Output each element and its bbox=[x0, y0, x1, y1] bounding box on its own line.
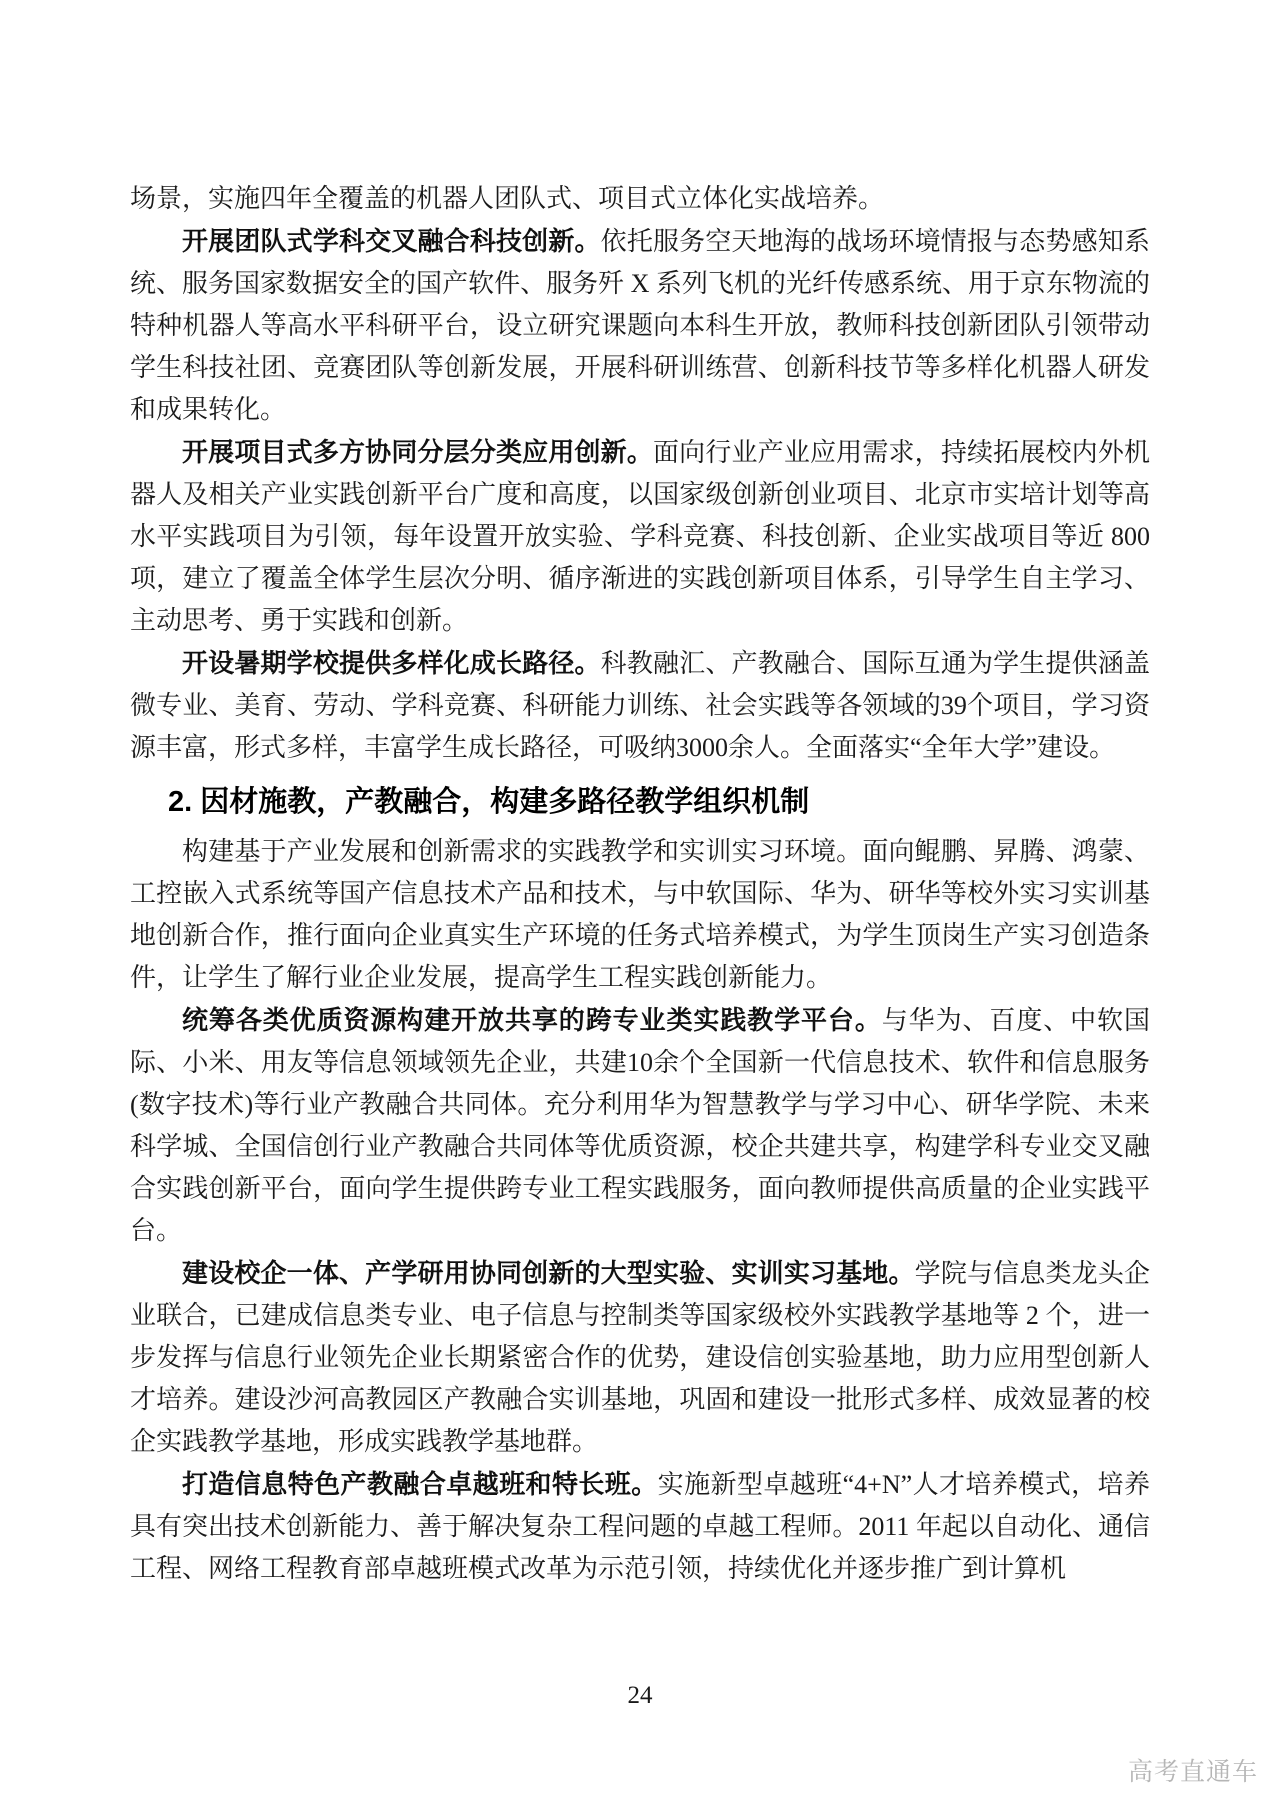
paragraph-lead: 打造信息特色产教融合卓越班和特长班。 bbox=[182, 1469, 658, 1499]
paragraph: 开设暑期学校提供多样化成长路径。科教融汇、产教融合、国际互通为学生提供涵盖微专业… bbox=[130, 642, 1150, 769]
paragraph: 建设校企一体、产学研用协同创新的大型实验、实训实习基地。学院与信息类龙头企业联合… bbox=[130, 1252, 1150, 1463]
paragraph: 构建基于产业发展和创新需求的实践教学和实训实习环境。面向鲲鹏、昇腾、鸿蒙、工控嵌… bbox=[130, 831, 1150, 999]
paragraph-lead: 建设校企一体、产学研用协同创新的大型实验、实训实习基地。 bbox=[182, 1258, 915, 1288]
page-number: 24 bbox=[0, 1682, 1280, 1710]
document-body: 场景，实施四年全覆盖的机器人团队式、项目式立体化实战培养。开展团队式学科交叉融合… bbox=[130, 178, 1150, 1590]
paragraph-lead: 统筹各类优质资源构建开放共享的跨专业类实践教学平台。 bbox=[182, 1005, 882, 1035]
paragraph: 打造信息特色产教融合卓越班和特长班。实施新型卓越班“4+N”人才培养模式，培养具… bbox=[130, 1463, 1150, 1590]
paragraph: 开展项目式多方协同分层分类应用创新。面向行业产业应用需求，持续拓展校内外机器人及… bbox=[130, 431, 1150, 642]
watermark-text: 高考直通车 bbox=[1128, 1752, 1258, 1788]
paragraph-lead: 开展团队式学科交叉融合科技创新。 bbox=[182, 226, 601, 256]
section-heading: 2. 因材施教，产教融合，构建多路径教学组织机制 bbox=[130, 779, 1150, 825]
paragraph: 开展团队式学科交叉融合科技创新。依托服务空天地海的战场环境情报与态势感知系统、服… bbox=[130, 220, 1150, 431]
paragraph: 统筹各类优质资源构建开放共享的跨专业类实践教学平台。与华为、百度、中软国际、小米… bbox=[130, 999, 1150, 1252]
document-page: 场景，实施四年全覆盖的机器人团队式、项目式立体化实战培养。开展团队式学科交叉融合… bbox=[0, 0, 1280, 1811]
paragraph: 场景，实施四年全覆盖的机器人团队式、项目式立体化实战培养。 bbox=[130, 178, 1150, 220]
paragraph-lead: 开展项目式多方协同分层分类应用创新。 bbox=[182, 437, 653, 467]
paragraph-lead: 开设暑期学校提供多样化成长路径。 bbox=[182, 648, 601, 678]
